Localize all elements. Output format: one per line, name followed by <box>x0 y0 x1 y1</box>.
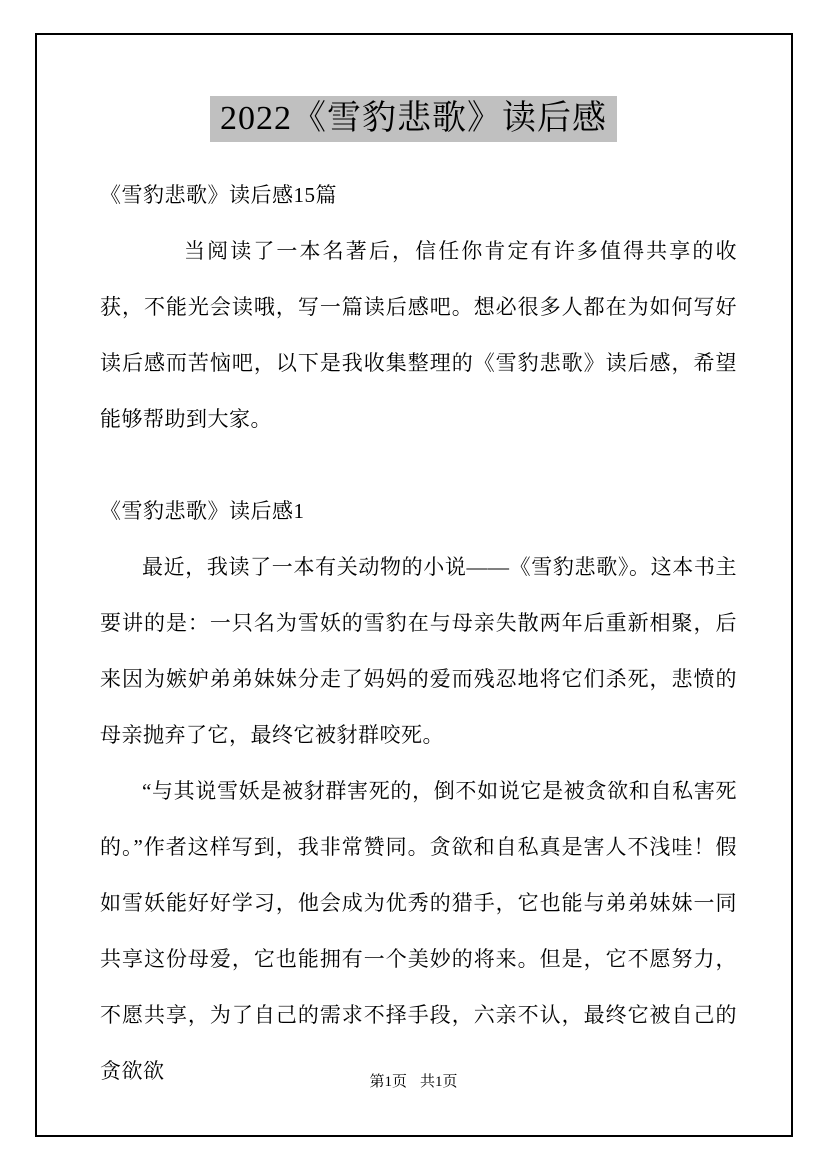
footer-total-pages: 共1页 <box>420 1074 458 1090</box>
section1-paragraph-1: 最近，我读了一本有关动物的小说——《雪豹悲歌》。这本书主要讲的是：一只名为雪妖的… <box>100 539 737 763</box>
document-subtitle: 《雪豹悲歌》读后感15篇 <box>100 167 737 223</box>
section1-paragraph-2: “与其说雪妖是被豺群害死的，倒不如说它是被贪欲和自私害死的。”作者这样写到，我非… <box>100 763 737 1099</box>
document-body: 《雪豹悲歌》读后感15篇 当阅读了一本名著后，信任你肯定有许多值得共享的收获，不… <box>100 167 737 1099</box>
document-title-row: 2022《雪豹悲歌》读后感 <box>0 96 827 142</box>
footer-page-number: 第1页 <box>369 1074 407 1090</box>
document-title: 2022《雪豹悲歌》读后感 <box>210 96 617 142</box>
document-page: 2022《雪豹悲歌》读后感 《雪豹悲歌》读后感15篇 当阅读了一本名著后，信任你… <box>0 0 827 1170</box>
intro-paragraph: 当阅读了一本名著后，信任你肯定有许多值得共享的收获，不能光会读哦，写一篇读后感吧… <box>100 223 737 447</box>
section1-heading: 《雪豹悲歌》读后感1 <box>100 483 737 539</box>
page-footer: 第1页共1页 <box>0 1072 827 1092</box>
